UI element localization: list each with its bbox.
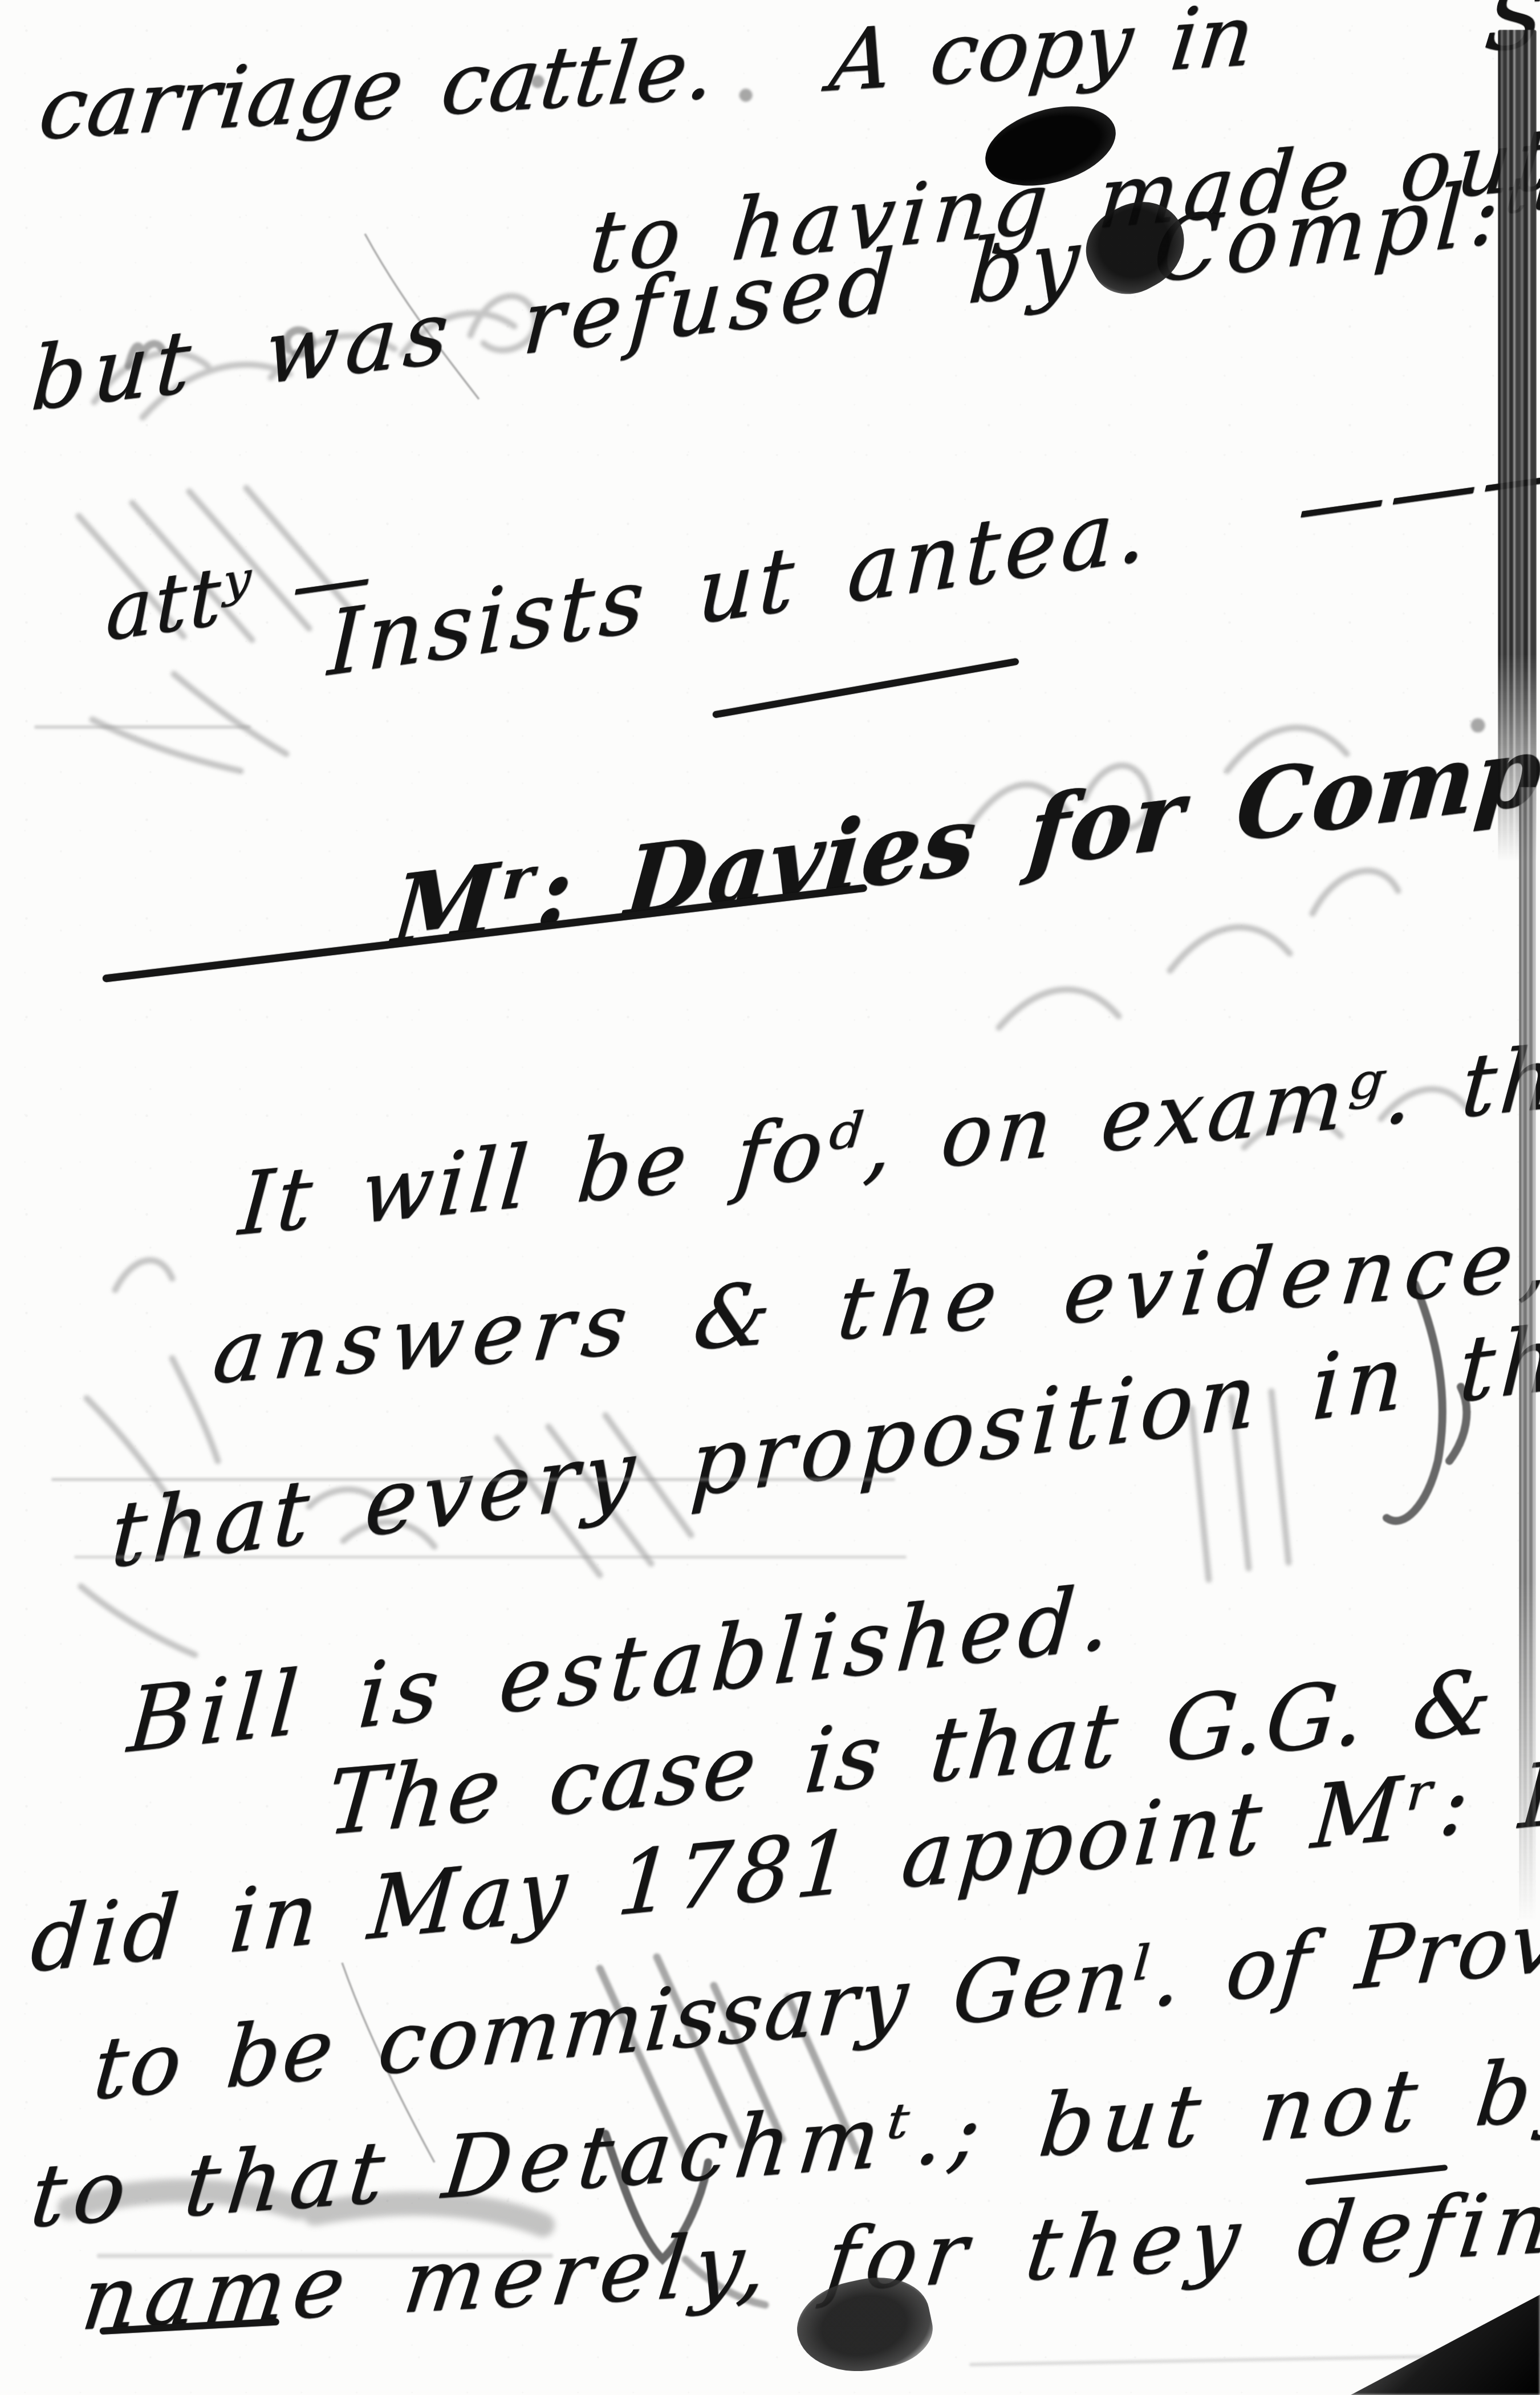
scan-streak bbox=[51, 1478, 895, 1481]
manuscript-line: Insists ut antea. ——— bbox=[326, 424, 1540, 689]
scan-streak bbox=[74, 1556, 907, 1558]
underline-stroke bbox=[712, 657, 1019, 718]
manuscript-line: Mʳ: Davies for Compl:ᵗ. — bbox=[389, 687, 1540, 959]
page-edge-shadow bbox=[1498, 30, 1537, 862]
scan-streak bbox=[97, 2254, 553, 2258]
manuscript-page: carriage cattle. A copy in Sch: A. to ha… bbox=[0, 0, 1540, 2395]
scan-streak bbox=[34, 725, 251, 729]
manuscript-line: carriage cattle. A copy in Sch: A. bbox=[35, 0, 1540, 152]
page-edge-shadow bbox=[1519, 787, 1536, 1922]
page-corner-shadow bbox=[1334, 2281, 1540, 2395]
manuscript-line: It will be foᵈ, on examᵍ. the bbox=[236, 1029, 1540, 1248]
